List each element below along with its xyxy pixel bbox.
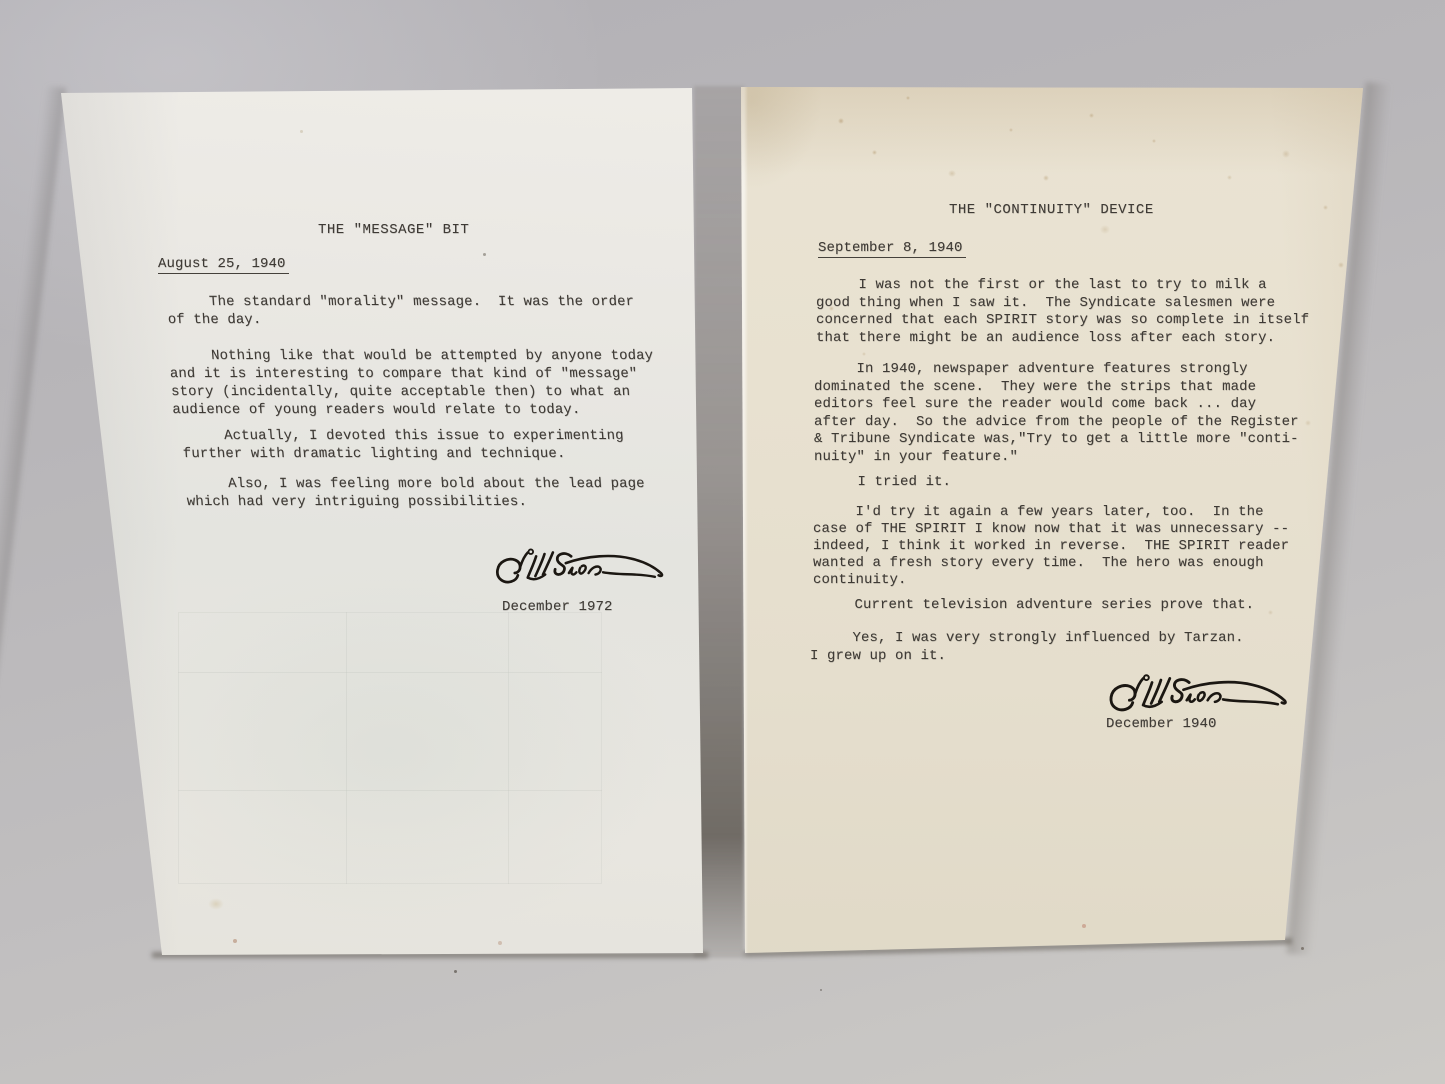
right-page-title: THE "CONTINUITY" DEVICE xyxy=(949,202,1154,220)
foxing-spot xyxy=(1152,139,1156,143)
foxing-spot xyxy=(1089,113,1094,118)
foxing-spot xyxy=(862,352,866,356)
right-page-paragraph: Yes, I was very strongly influenced by T… xyxy=(810,630,1244,665)
will-eisner-signature xyxy=(492,544,667,596)
left-page-cast-shadow xyxy=(0,85,66,962)
foxing-spot xyxy=(1009,128,1013,132)
left-page-signature-date: December 1972 xyxy=(502,598,613,616)
foxing-spot xyxy=(1227,175,1232,180)
foxing-spot xyxy=(1268,610,1273,615)
stain xyxy=(208,898,224,910)
foxing-spot xyxy=(948,170,956,177)
foxing-spot xyxy=(838,118,844,124)
foxing-spot xyxy=(1043,175,1049,181)
will-eisner-signature xyxy=(1092,672,1304,722)
backdrop-speck xyxy=(820,989,822,991)
left-page-paragraph: The standard "morality" message. It was … xyxy=(166,293,636,329)
rust-spot xyxy=(498,941,502,945)
red-speck xyxy=(1082,924,1086,928)
left-page-paragraph: Actually, I devoted this issue to experi… xyxy=(181,427,626,463)
right-page-paragraph: I'd try it again a few years later, too.… xyxy=(813,504,1289,589)
photo-of-two-typed-pages: THE "MESSAGE" BIT August 25, 1940 The st… xyxy=(0,0,1445,1084)
foxing-spot xyxy=(1282,150,1290,158)
speck xyxy=(483,253,486,256)
foxing-spot xyxy=(1305,420,1311,426)
foxing-spot xyxy=(906,96,910,100)
rust-spot xyxy=(233,939,237,943)
right-page-paragraph: I was not the first or the last to try t… xyxy=(816,277,1309,347)
right-page-paragraph: I tried it. xyxy=(815,474,951,492)
backdrop-speck xyxy=(454,970,457,973)
foxing-spot xyxy=(1323,205,1328,210)
left-page-panel-showthrough xyxy=(178,612,602,884)
foxing-spot xyxy=(1100,225,1110,234)
right-page-paragraph: In 1940, newspaper adventure features st… xyxy=(814,361,1299,466)
right-page-paragraph: Current television adventure series prov… xyxy=(812,597,1254,615)
left-page-paragraph: Nothing like that would be attempted by … xyxy=(168,347,658,419)
left-page-date-heading: August 25, 1940 xyxy=(158,255,289,273)
between-pages-shadow xyxy=(694,86,744,958)
right-page-signature-date: December 1940 xyxy=(1106,716,1217,734)
left-page-title: THE "MESSAGE" BIT xyxy=(318,221,469,239)
speck xyxy=(300,130,303,133)
backdrop-speck xyxy=(1301,947,1304,950)
left-page-paragraph: Also, I was feeling more bold about the … xyxy=(185,475,647,511)
foxing-spot xyxy=(872,150,877,155)
right-page-date-heading: September 8, 1940 xyxy=(818,240,966,258)
foxing-spot xyxy=(1338,262,1344,268)
